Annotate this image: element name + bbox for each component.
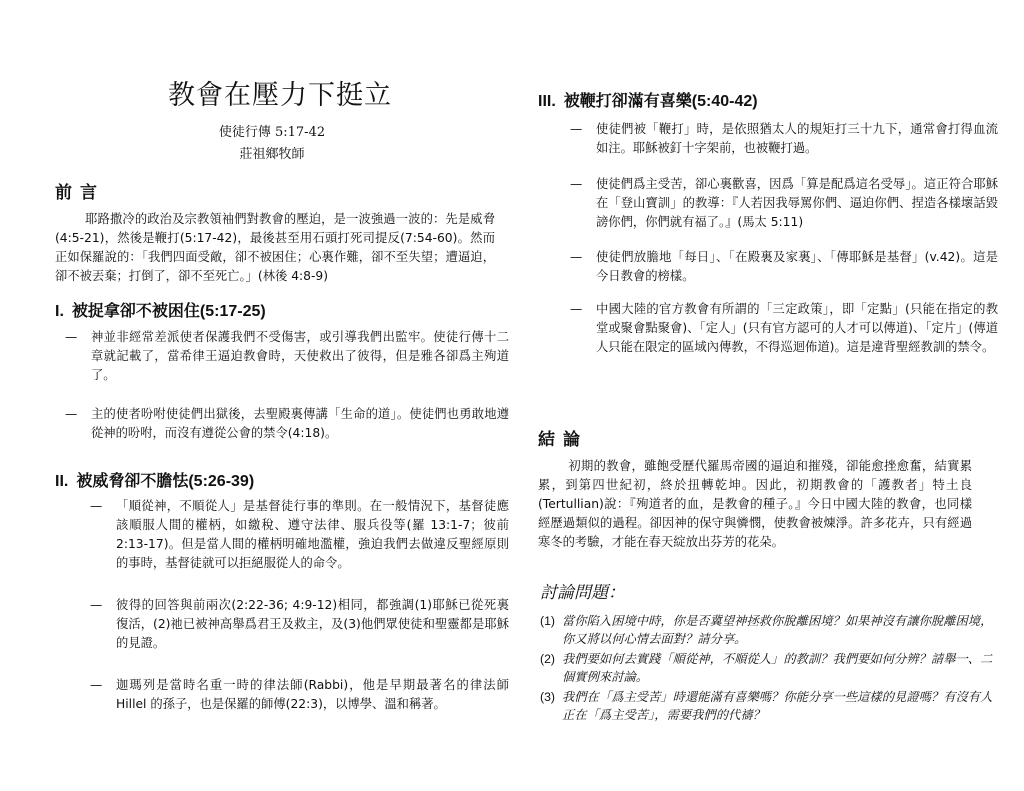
dash-bullet-icon: — [90, 596, 110, 615]
section-3-heading: III.被鞭打卻滿有喜樂(5:40-42) [538, 88, 758, 111]
dash-bullet-icon: — [570, 120, 590, 139]
dash-bullet-icon: — [90, 676, 110, 695]
section-3-bullet-4: —中國大陸的官方教會有所謂的「三定政策」，即「定點」(只能在指定的教堂或聚會點聚… [570, 300, 998, 357]
section-2-heading: II.被威脅卻不膽怯(5:26-39) [55, 468, 254, 491]
dash-bullet-icon: — [570, 175, 590, 194]
section-2-bullet-3: —迦瑪列是當時名重一時的律法師(Rabbi)，他是早期最著名的律法師 Hille… [90, 676, 509, 714]
section-3-bullet-3: —使徒們放膽地「每日」、「在殿裏及家裏」、「傳耶穌是基督」(v.42)。這是今日… [570, 248, 998, 286]
dash-bullet-icon: — [65, 405, 85, 424]
intro-heading: 前言 [55, 178, 105, 203]
section-1-bullet-2: —主的使者吩咐使徒們出獄後，去聖殿裏傳講「生命的道」。使徒們也勇敢地遵從神的吩咐… [65, 405, 509, 443]
scripture-reference: 使徒行傳 5:17-42 [168, 121, 376, 140]
section-2-bullet-1: —「順從神，不順從人」是基督徒行事的準則。在一般情況下，基督徒應該順服人間的權柄… [90, 497, 509, 573]
discussion-heading: 討論問題： [540, 578, 625, 603]
section-2-bullet-2: —彼得的回答與前兩次(2:22-36; 4:9-12)相同，都強調(1)耶穌已從… [90, 596, 509, 653]
section-3-bullet-2: —使徒們爲主受苦，卻心裏歡喜，因爲「算是配爲這名受辱」。這正符合耶穌在「登山寶訓… [570, 175, 998, 232]
conclusion-paragraph: 初期的教會，雖飽受歷代羅馬帝國的逼迫和摧殘，卻能愈挫愈奮，結實累累，到第四世紀初… [538, 457, 972, 552]
discussion-question-1: (1)當你陷入困境中時，你是否冀望神拯救你脫離困境？如果神沒有讓你脫離困境，你又… [540, 612, 994, 648]
document-title: 教會在壓力下挺立 [168, 80, 376, 112]
author-name: 莊祖鄉牧師 [168, 143, 376, 162]
section-1-bullet-1: —神並非經常差派使者保護我們不受傷害，或引導我們出監牢。使徒行傳十二章就記載了，… [65, 328, 509, 385]
conclusion-heading: 結論 [538, 425, 588, 450]
discussion-question-3: (3)我們在「爲主受苦」時還能滿有喜樂嗎？你能分享一些這樣的見證嗎？有沒有人正在… [540, 688, 994, 724]
section-3-bullet-1: —使徒們被「鞭打」時，是依照猶太人的規矩打三十九下，通常會打得血流如注。耶穌被釘… [570, 120, 998, 158]
dash-bullet-icon: — [65, 328, 85, 347]
dash-bullet-icon: — [570, 248, 590, 267]
discussion-question-2: (2)我們要如何去實踐「順從神，不順從人」的教訓？我們要如何分辨？請舉一、二個實… [540, 650, 994, 686]
dash-bullet-icon: — [570, 300, 590, 319]
section-1-heading: I.被捉拿卻不被困住(5:17-25) [55, 298, 266, 321]
dash-bullet-icon: — [90, 497, 110, 516]
intro-paragraph: 耶路撒冷的政治及宗教領袖們對教會的壓迫，是一波強過一波的：先是威脅(4:5-21… [55, 210, 495, 286]
